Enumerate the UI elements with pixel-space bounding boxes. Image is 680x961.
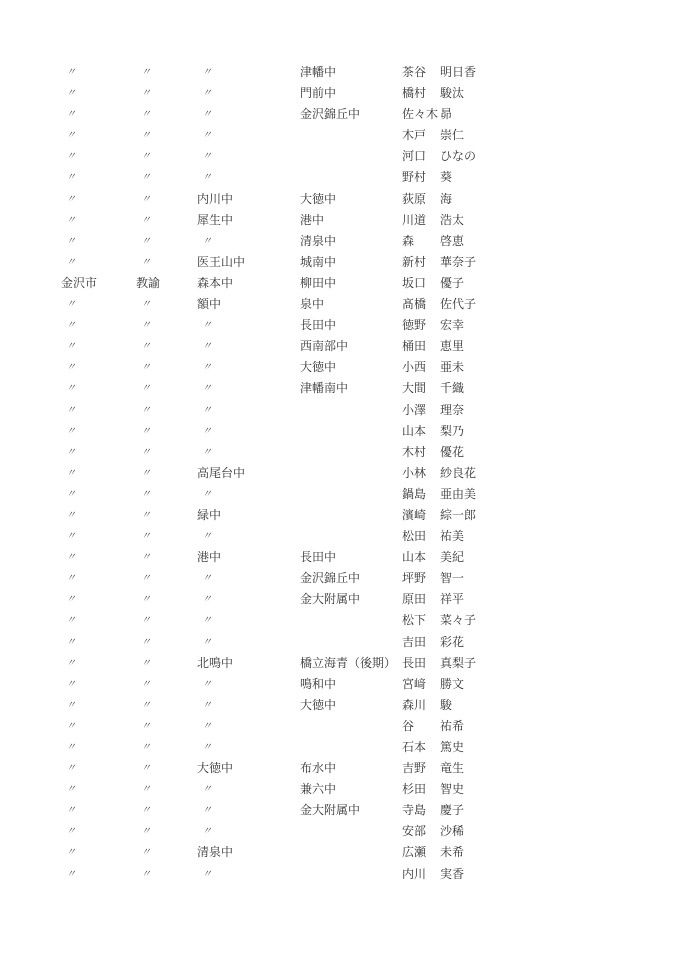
given-name-cell: 智史 bbox=[440, 779, 464, 800]
destination-cell: 大徳中 bbox=[300, 189, 336, 210]
given-name-cell: 昴 bbox=[440, 104, 452, 125]
given-name-cell: 亜由美 bbox=[440, 484, 476, 505]
destination-cell: 金大附属中 bbox=[300, 589, 360, 610]
table-row: 〃〃〃大徳中小西亜未 bbox=[0, 357, 680, 378]
role-cell: 〃 bbox=[141, 547, 151, 568]
surname-cell: 桶田 bbox=[402, 336, 426, 357]
role-cell: 〃 bbox=[141, 125, 151, 146]
school-cell: 〃 bbox=[202, 378, 212, 399]
surname-cell: 寺島 bbox=[402, 800, 426, 821]
destination-cell: 大徳中 bbox=[300, 357, 336, 378]
role-cell: 〃 bbox=[141, 842, 151, 863]
given-name-cell: 菜々子 bbox=[440, 610, 476, 631]
school-cell: 〃 bbox=[202, 695, 212, 716]
surname-cell: 広瀬 bbox=[402, 842, 426, 863]
city-cell: 〃 bbox=[66, 484, 76, 505]
table-row: 〃〃〃長田中徳野宏幸 bbox=[0, 315, 680, 336]
table-row: 〃〃〃兼六中杉田智史 bbox=[0, 779, 680, 800]
city-cell: 〃 bbox=[66, 547, 76, 568]
role-cell: 〃 bbox=[141, 463, 151, 484]
school-cell: 〃 bbox=[202, 484, 212, 505]
table-row: 〃〃〃松下菜々子 bbox=[0, 610, 680, 631]
city-cell: 〃 bbox=[66, 842, 76, 863]
city-cell: 〃 bbox=[66, 400, 76, 421]
given-name-cell: 啓恵 bbox=[440, 231, 464, 252]
destination-cell: 城南中 bbox=[300, 252, 336, 273]
surname-cell: 内川 bbox=[402, 864, 426, 885]
destination-cell: 門前中 bbox=[300, 83, 336, 104]
school-cell: 〃 bbox=[202, 336, 212, 357]
given-name-cell: 綜一郎 bbox=[440, 505, 476, 526]
city-cell: 〃 bbox=[66, 83, 76, 104]
table-row: 〃〃高尾台中小林紗良花 bbox=[0, 463, 680, 484]
school-cell: 〃 bbox=[202, 779, 212, 800]
city-cell: 〃 bbox=[66, 632, 76, 653]
destination-cell: 金沢錦丘中 bbox=[300, 104, 360, 125]
role-cell: 〃 bbox=[141, 695, 151, 716]
city-cell: 〃 bbox=[66, 589, 76, 610]
surname-cell: 木戸 bbox=[402, 125, 426, 146]
table-row: 金沢市教諭森本中柳田中坂口優子 bbox=[0, 273, 680, 294]
city-cell: 金沢市 bbox=[61, 273, 97, 294]
table-row: 〃〃〃木戸崇仁 bbox=[0, 125, 680, 146]
given-name-cell: 宏幸 bbox=[440, 315, 464, 336]
role-cell: 〃 bbox=[141, 104, 151, 125]
role-cell: 〃 bbox=[141, 589, 151, 610]
given-name-cell: 真梨子 bbox=[440, 653, 476, 674]
school-cell: 〃 bbox=[202, 821, 212, 842]
role-cell: 〃 bbox=[141, 357, 151, 378]
given-name-cell: 梨乃 bbox=[440, 421, 464, 442]
table-row: 〃〃港中長田中山本美紀 bbox=[0, 547, 680, 568]
role-cell: 〃 bbox=[141, 167, 151, 188]
table-row: 〃〃〃山本梨乃 bbox=[0, 421, 680, 442]
table-row: 〃〃〃野村葵 bbox=[0, 167, 680, 188]
role-cell: 〃 bbox=[141, 674, 151, 695]
school-cell: 高尾台中 bbox=[197, 463, 245, 484]
given-name-cell: 未希 bbox=[440, 842, 464, 863]
table-row: 〃〃〃河口ひなの bbox=[0, 146, 680, 167]
surname-cell: 森川 bbox=[402, 695, 426, 716]
city-cell: 〃 bbox=[66, 315, 76, 336]
table-row: 〃〃〃石本篤史 bbox=[0, 737, 680, 758]
school-cell: 内川中 bbox=[197, 189, 233, 210]
surname-cell: 鍋島 bbox=[402, 484, 426, 505]
role-cell: 〃 bbox=[141, 779, 151, 800]
destination-cell: 大徳中 bbox=[300, 695, 336, 716]
role-cell: 〃 bbox=[141, 336, 151, 357]
school-cell: 額中 bbox=[197, 294, 221, 315]
table-row: 〃〃〃安部沙稀 bbox=[0, 821, 680, 842]
city-cell: 〃 bbox=[66, 146, 76, 167]
role-cell: 〃 bbox=[141, 62, 151, 83]
school-cell: 〃 bbox=[202, 400, 212, 421]
surname-cell: 宮﨑 bbox=[402, 674, 426, 695]
school-cell: 森本中 bbox=[197, 273, 233, 294]
table-row: 〃〃〃清泉中森啓恵 bbox=[0, 231, 680, 252]
destination-cell: 鳴和中 bbox=[300, 674, 336, 695]
city-cell: 〃 bbox=[66, 62, 76, 83]
role-cell: 〃 bbox=[141, 189, 151, 210]
given-name-cell: 亜未 bbox=[440, 357, 464, 378]
table-row: 〃〃〃金大附属中寺島慶子 bbox=[0, 800, 680, 821]
city-cell: 〃 bbox=[66, 653, 76, 674]
table-row: 〃〃額中泉中髙橋佐代子 bbox=[0, 294, 680, 315]
table-row: 〃〃犀生中港中川道浩太 bbox=[0, 210, 680, 231]
role-cell: 〃 bbox=[141, 315, 151, 336]
destination-cell: 泉中 bbox=[300, 294, 324, 315]
table-row: 〃〃〃金沢錦丘中佐々木昴 bbox=[0, 104, 680, 125]
destination-cell: 長田中 bbox=[300, 315, 336, 336]
school-cell: 〃 bbox=[202, 62, 212, 83]
school-cell: 犀生中 bbox=[197, 210, 233, 231]
given-name-cell: 彩花 bbox=[440, 632, 464, 653]
surname-cell: 小西 bbox=[402, 357, 426, 378]
surname-cell: 小林 bbox=[402, 463, 426, 484]
table-row: 〃〃緑中濱崎綜一郎 bbox=[0, 505, 680, 526]
given-name-cell: 理奈 bbox=[440, 400, 464, 421]
given-name-cell: 祐希 bbox=[440, 716, 464, 737]
city-cell: 〃 bbox=[66, 336, 76, 357]
table-row: 〃〃〃津幡南中大間千織 bbox=[0, 378, 680, 399]
role-cell: 〃 bbox=[141, 800, 151, 821]
destination-cell: 布水中 bbox=[300, 758, 336, 779]
given-name-cell: 浩太 bbox=[440, 210, 464, 231]
role-cell: 〃 bbox=[141, 821, 151, 842]
given-name-cell: 佐代子 bbox=[440, 294, 476, 315]
role-cell: 〃 bbox=[141, 378, 151, 399]
destination-cell: 金大附属中 bbox=[300, 800, 360, 821]
table-row: 〃〃〃内川実香 bbox=[0, 864, 680, 885]
school-cell: 〃 bbox=[202, 83, 212, 104]
table-row: 〃〃〃大徳中森川駿 bbox=[0, 695, 680, 716]
school-cell: 〃 bbox=[202, 632, 212, 653]
city-cell: 〃 bbox=[66, 378, 76, 399]
given-name-cell: 美紀 bbox=[440, 547, 464, 568]
table-row: 〃〃大徳中布水中吉野竜生 bbox=[0, 758, 680, 779]
role-cell: 〃 bbox=[141, 864, 151, 885]
city-cell: 〃 bbox=[66, 463, 76, 484]
surname-cell: 松田 bbox=[402, 526, 426, 547]
surname-cell: 吉野 bbox=[402, 758, 426, 779]
school-cell: 港中 bbox=[197, 547, 221, 568]
surname-cell: 森 bbox=[402, 231, 414, 252]
city-cell: 〃 bbox=[66, 758, 76, 779]
city-cell: 〃 bbox=[66, 210, 76, 231]
city-cell: 〃 bbox=[66, 357, 76, 378]
surname-cell: 濱崎 bbox=[402, 505, 426, 526]
surname-cell: 山本 bbox=[402, 421, 426, 442]
city-cell: 〃 bbox=[66, 568, 76, 589]
given-name-cell: 葵 bbox=[440, 167, 452, 188]
surname-cell: 山本 bbox=[402, 547, 426, 568]
city-cell: 〃 bbox=[66, 252, 76, 273]
given-name-cell: 優花 bbox=[440, 442, 464, 463]
role-cell: 〃 bbox=[141, 568, 151, 589]
surname-cell: 野村 bbox=[402, 167, 426, 188]
city-cell: 〃 bbox=[66, 104, 76, 125]
school-cell: 〃 bbox=[202, 737, 212, 758]
city-cell: 〃 bbox=[66, 610, 76, 631]
table-row: 〃〃〃金沢錦丘中坪野智一 bbox=[0, 568, 680, 589]
role-cell: 〃 bbox=[141, 632, 151, 653]
given-name-cell: 篤史 bbox=[440, 737, 464, 758]
surname-cell: 長田 bbox=[402, 653, 426, 674]
city-cell: 〃 bbox=[66, 231, 76, 252]
surname-cell: 松下 bbox=[402, 610, 426, 631]
surname-cell: 安部 bbox=[402, 821, 426, 842]
surname-cell: 坪野 bbox=[402, 568, 426, 589]
given-name-cell: ひなの bbox=[440, 146, 476, 167]
role-cell: 〃 bbox=[141, 231, 151, 252]
city-cell: 〃 bbox=[66, 821, 76, 842]
table-row: 〃〃〃津幡中茶谷明日香 bbox=[0, 62, 680, 83]
city-cell: 〃 bbox=[66, 442, 76, 463]
role-cell: 〃 bbox=[141, 484, 151, 505]
surname-cell: 小澤 bbox=[402, 400, 426, 421]
city-cell: 〃 bbox=[66, 189, 76, 210]
city-cell: 〃 bbox=[66, 695, 76, 716]
school-cell: 〃 bbox=[202, 104, 212, 125]
school-cell: 〃 bbox=[202, 231, 212, 252]
surname-cell: 大間 bbox=[402, 378, 426, 399]
given-name-cell: 祥平 bbox=[440, 589, 464, 610]
city-cell: 〃 bbox=[66, 800, 76, 821]
school-cell: 〃 bbox=[202, 421, 212, 442]
role-cell: 〃 bbox=[141, 252, 151, 273]
surname-cell: 杉田 bbox=[402, 779, 426, 800]
table-row: 〃〃〃松田祐美 bbox=[0, 526, 680, 547]
role-cell: 〃 bbox=[141, 505, 151, 526]
table-row: 〃〃〃小澤理奈 bbox=[0, 400, 680, 421]
given-name-cell: 優子 bbox=[440, 273, 464, 294]
given-name-cell: 華奈子 bbox=[440, 252, 476, 273]
role-cell: 〃 bbox=[141, 526, 151, 547]
given-name-cell: 明日香 bbox=[440, 62, 476, 83]
school-cell: 〃 bbox=[202, 589, 212, 610]
role-cell: 〃 bbox=[141, 610, 151, 631]
role-cell: 〃 bbox=[141, 146, 151, 167]
given-name-cell: 崇仁 bbox=[440, 125, 464, 146]
role-cell: 〃 bbox=[141, 653, 151, 674]
table-row: 〃〃〃吉田彩花 bbox=[0, 632, 680, 653]
school-cell: 〃 bbox=[202, 674, 212, 695]
given-name-cell: 千織 bbox=[440, 378, 464, 399]
table-row: 〃〃清泉中広瀬未希 bbox=[0, 842, 680, 863]
destination-cell: 津幡南中 bbox=[300, 378, 348, 399]
school-cell: 〃 bbox=[202, 146, 212, 167]
school-cell: 〃 bbox=[202, 568, 212, 589]
given-name-cell: 勝文 bbox=[440, 674, 464, 695]
surname-cell: 荻原 bbox=[402, 189, 426, 210]
school-cell: 清泉中 bbox=[197, 842, 233, 863]
city-cell: 〃 bbox=[66, 526, 76, 547]
school-cell: 〃 bbox=[202, 357, 212, 378]
school-cell: 北鳴中 bbox=[197, 653, 233, 674]
school-cell: 〃 bbox=[202, 442, 212, 463]
role-cell: 〃 bbox=[141, 758, 151, 779]
table-row: 〃〃医王山中城南中新村華奈子 bbox=[0, 252, 680, 273]
destination-cell: 長田中 bbox=[300, 547, 336, 568]
destination-cell: 金沢錦丘中 bbox=[300, 568, 360, 589]
destination-cell: 柳田中 bbox=[300, 273, 336, 294]
surname-cell: 河口 bbox=[402, 146, 426, 167]
destination-cell: 津幡中 bbox=[300, 62, 336, 83]
table-row: 〃〃〃木村優花 bbox=[0, 442, 680, 463]
city-cell: 〃 bbox=[66, 421, 76, 442]
surname-cell: 木村 bbox=[402, 442, 426, 463]
destination-cell: 港中 bbox=[300, 210, 324, 231]
school-cell: 〃 bbox=[202, 315, 212, 336]
surname-cell: 髙橋 bbox=[402, 294, 426, 315]
role-cell: 〃 bbox=[141, 716, 151, 737]
table-row: 〃〃〃金大附属中原田祥平 bbox=[0, 589, 680, 610]
destination-cell: 西南部中 bbox=[300, 336, 348, 357]
city-cell: 〃 bbox=[66, 167, 76, 188]
destination-cell: 清泉中 bbox=[300, 231, 336, 252]
school-cell: 医王山中 bbox=[197, 252, 245, 273]
table-row: 〃〃〃谷祐希 bbox=[0, 716, 680, 737]
role-cell: 〃 bbox=[141, 400, 151, 421]
given-name-cell: 祐美 bbox=[440, 526, 464, 547]
city-cell: 〃 bbox=[66, 864, 76, 885]
city-cell: 〃 bbox=[66, 716, 76, 737]
role-cell: 〃 bbox=[141, 210, 151, 231]
role-cell: 〃 bbox=[141, 294, 151, 315]
city-cell: 〃 bbox=[66, 674, 76, 695]
given-name-cell: 駿汰 bbox=[440, 83, 464, 104]
table-row: 〃〃〃西南部中桶田恵里 bbox=[0, 336, 680, 357]
table-row: 〃〃〃門前中橋村駿汰 bbox=[0, 83, 680, 104]
given-name-cell: 海 bbox=[440, 189, 452, 210]
school-cell: 〃 bbox=[202, 610, 212, 631]
school-cell: 〃 bbox=[202, 167, 212, 188]
given-name-cell: 恵里 bbox=[440, 336, 464, 357]
destination-cell: 橋立海青（後期） bbox=[300, 653, 396, 674]
school-cell: 緑中 bbox=[197, 505, 221, 526]
surname-cell: 吉田 bbox=[402, 632, 426, 653]
city-cell: 〃 bbox=[66, 779, 76, 800]
given-name-cell: 沙稀 bbox=[440, 821, 464, 842]
city-cell: 〃 bbox=[66, 125, 76, 146]
city-cell: 〃 bbox=[66, 505, 76, 526]
given-name-cell: 智一 bbox=[440, 568, 464, 589]
given-name-cell: 駿 bbox=[440, 695, 452, 716]
surname-cell: 橋村 bbox=[402, 83, 426, 104]
personnel-table: 〃〃〃津幡中茶谷明日香〃〃〃門前中橋村駿汰〃〃〃金沢錦丘中佐々木昴〃〃〃木戸崇仁… bbox=[0, 62, 680, 885]
city-cell: 〃 bbox=[66, 294, 76, 315]
role-cell: 〃 bbox=[141, 737, 151, 758]
destination-cell: 兼六中 bbox=[300, 779, 336, 800]
surname-cell: 原田 bbox=[402, 589, 426, 610]
role-cell: 〃 bbox=[141, 442, 151, 463]
table-row: 〃〃北鳴中橋立海青（後期）長田真梨子 bbox=[0, 653, 680, 674]
surname-cell: 坂口 bbox=[402, 273, 426, 294]
school-cell: 〃 bbox=[202, 526, 212, 547]
given-name-cell: 慶子 bbox=[440, 800, 464, 821]
surname-cell: 佐々木 bbox=[402, 104, 438, 125]
surname-cell: 徳野 bbox=[402, 315, 426, 336]
table-row: 〃〃〃鍋島亜由美 bbox=[0, 484, 680, 505]
surname-cell: 茶谷 bbox=[402, 62, 426, 83]
role-cell: 〃 bbox=[141, 83, 151, 104]
surname-cell: 谷 bbox=[402, 716, 414, 737]
school-cell: 〃 bbox=[202, 716, 212, 737]
table-row: 〃〃〃鳴和中宮﨑勝文 bbox=[0, 674, 680, 695]
surname-cell: 石本 bbox=[402, 737, 426, 758]
school-cell: 〃 bbox=[202, 800, 212, 821]
given-name-cell: 紗良花 bbox=[440, 463, 476, 484]
table-row: 〃〃内川中大徳中荻原海 bbox=[0, 189, 680, 210]
school-cell: 〃 bbox=[202, 125, 212, 146]
surname-cell: 新村 bbox=[402, 252, 426, 273]
surname-cell: 川道 bbox=[402, 210, 426, 231]
role-cell: 〃 bbox=[141, 421, 151, 442]
school-cell: 大徳中 bbox=[197, 758, 233, 779]
city-cell: 〃 bbox=[66, 737, 76, 758]
school-cell: 〃 bbox=[202, 864, 212, 885]
given-name-cell: 実香 bbox=[440, 864, 464, 885]
role-cell: 教諭 bbox=[136, 273, 160, 294]
given-name-cell: 竜生 bbox=[440, 758, 464, 779]
